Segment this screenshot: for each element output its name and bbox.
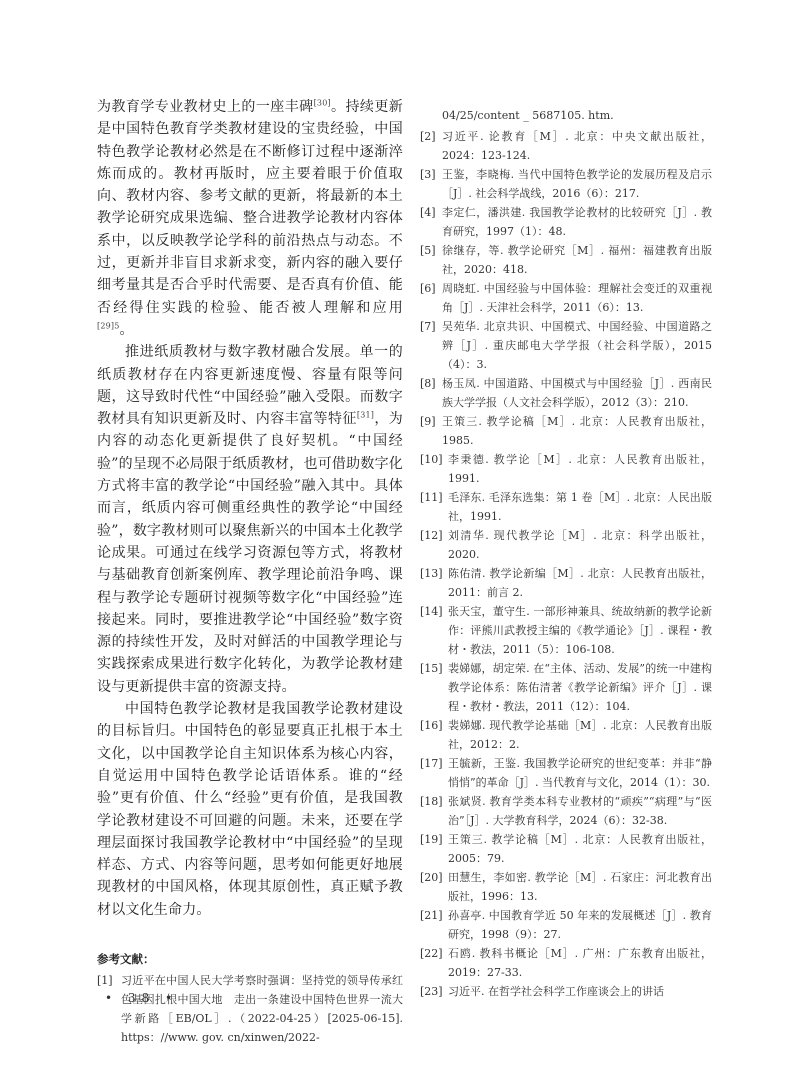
reference-item: [10]李秉德. 教学论［M］. 北京：人民教育出版社，1991. — [420, 450, 712, 488]
reference-text: 周晓虹. 中国经验与中国体验：理解社会变迁的双重视角［J］. 天津社会科学，20… — [442, 282, 712, 314]
reference-item: [8]杨玉凤. 中国道路、中国模式与中国经验［J］. 西南民族大学学报（人文社会… — [420, 374, 712, 412]
reference-item: [17]王毓新，王鉴. 我国教学论研究的世纪变革：并非“静悄悄”的革命［J］. … — [420, 754, 712, 792]
left-column: 为教育学专业教材史上的一座丰碑[30]。持续更新是中国特色教育学类教材建设的宝贵… — [97, 96, 403, 1047]
reference-number: [8] — [420, 374, 436, 393]
reference-number: [19] — [420, 830, 443, 849]
paragraph-text: ，为内容的动态化更新提供了良好契机。“中国经验”的呈现不必局限于纸质教材，也可借… — [97, 411, 403, 695]
reference-text: 杨玉凤. 中国道路、中国模式与中国经验［J］. 西南民族大学学报（人文社会科学版… — [442, 377, 712, 409]
paragraph-text: 中国特色教学论教材是我国教学论教材建设的目标旨归。中国特色的彰显要真正扎根于本土… — [97, 701, 403, 918]
reference-item: [11]毛泽东. 毛泽东选集：第 1 卷［M］. 北京：人民出版社，1991. — [420, 488, 712, 526]
reference-text: 孙喜亭. 中国教育学近 50 年来的发展概述［J］. 教育研究，1998（9）：… — [448, 909, 712, 941]
reference-item: [14]张天宝，董守生. 一部形神兼具、统故纳新的教学论新作：评熊川武教授主编的… — [420, 602, 712, 659]
reference-item: [6]周晓虹. 中国经验与中国体验：理解社会变迁的双重视角［J］. 天津社会科学… — [420, 279, 712, 317]
reference-number: [23] — [420, 982, 443, 1001]
reference-text: 李定仁，潘洪建. 我国教学论教材的比较研究［J］. 教育研究，1997（1）：4… — [442, 206, 712, 238]
reference-item: [16]裴娣娜. 现代教学论基础［M］. 北京：人民教育出版社，2012：2. — [420, 716, 712, 754]
reference-text: 王策三. 教学论稿［M］. 北京：人民教育出版社，2005：79. — [448, 833, 712, 865]
reference-text: 裴娣娜. 现代教学论基础［M］. 北京：人民教育出版社，2012：2. — [448, 719, 712, 751]
reference-text: 陈佑清. 教学论新编［M］. 北京：人民教育出版社，2011：前言 2. — [448, 567, 712, 599]
reference-text: 习近平. 在哲学社会科学工作座谈会上的讲话 — [448, 985, 664, 998]
reference-item: [19]王策三. 教学论稿［M］. 北京：人民教育出版社，2005：79. — [420, 830, 712, 868]
references-heading: 参考文献： — [97, 951, 403, 967]
reference-number: [9] — [420, 412, 436, 431]
reference-number: [6] — [420, 279, 436, 298]
reference-text: 习近平在中国人民大学考察时强调：坚持党的领导传承红色基因扎根中国大地 走出一条建… — [121, 974, 403, 1044]
reference-item: [22]石鸥. 教科书概论［M］. 广州：广东教育出版社，2019：27-33. — [420, 944, 712, 982]
reference-item: [1]习近平在中国人民大学考察时强调：坚持党的领导传承红色基因扎根中国大地 走出… — [97, 971, 403, 1047]
reference-item: [5]徐继存，等. 教学论研究［M］. 福州：福建教育出版社，2020：418. — [420, 241, 712, 279]
reference-number: [1] — [97, 971, 113, 990]
reference-text: 习近平. 论教育［M］. 北京：中央文献出版社，2024：123-124. — [442, 130, 712, 162]
body-paragraph-3: 中国特色教学论教材是我国教学论教材建设的目标旨归。中国特色的彰显要真正扎根于本土… — [97, 698, 403, 921]
reference-number: [10] — [420, 450, 443, 469]
reference-list: [2]习近平. 论教育［M］. 北京：中央文献出版社，2024：123-124.… — [420, 127, 712, 1001]
reference-text: 王毓新，王鉴. 我国教学论研究的世纪变革：并非“静悄悄”的革命［J］. 当代教育… — [448, 757, 712, 789]
reference-number: [16] — [420, 716, 443, 735]
reference-item: [4]李定仁，潘洪建. 我国教学论教材的比较研究［J］. 教育研究，1997（1… — [420, 203, 712, 241]
reference-item: [15]裴娣娜，胡定荣. 在“主体、活动、发展”的统一中建构教学论体系：陈佑清著… — [420, 659, 712, 716]
page-number: • 38 • — [105, 991, 178, 1005]
reference-number: [3] — [420, 165, 436, 184]
reference-text: 吴苑华. 北京共识、中国模式、中国经验、中国道路之辨［J］. 重庆邮电大学学报（… — [442, 320, 712, 371]
reference-number: [18] — [420, 792, 443, 811]
reference-item: [7]吴苑华. 北京共识、中国模式、中国经验、中国道路之辨［J］. 重庆邮电大学… — [420, 317, 712, 374]
reference-item: [2]习近平. 论教育［M］. 北京：中央文献出版社，2024：123-124. — [420, 127, 712, 165]
paragraph-text: 为教育学专业教材史上的一座丰碑 — [97, 99, 314, 115]
paragraph-text: 。 — [120, 322, 134, 338]
reference-text: 毛泽东. 毛泽东选集：第 1 卷［M］. 北京：人民出版社，1991. — [448, 491, 712, 523]
body-paragraph-1: 为教育学专业教材史上的一座丰碑[30]。持续更新是中国特色教育学类教材建设的宝贵… — [97, 96, 403, 341]
reference-item: [23]习近平. 在哲学社会科学工作座谈会上的讲话 — [420, 982, 712, 1001]
reference-number: [17] — [420, 754, 443, 773]
reference-text: 王策三. 教学论稿［M］. 北京：人民教育出版社，1985. — [442, 415, 712, 447]
reference-item: [12]刘清华. 现代教学论［M］. 北京：科学出版社，2020. — [420, 526, 712, 564]
body-paragraph-2: 推进纸质教材与数字教材融合发展。单一的纸质教材存在内容更新速度慢、容量有限等问题… — [97, 341, 403, 698]
reference-text: 田慧生，李如密. 教学论［M］. 石家庄：河北教育出版社，1996：13. — [448, 871, 712, 903]
reference-text: 石鸥. 教科书概论［M］. 广州：广东教育出版社，2019：27-33. — [448, 947, 712, 979]
reference-number: [7] — [420, 317, 436, 336]
reference-number: [2] — [420, 127, 436, 146]
reference-text: 王鉴，李晓梅. 当代中国特色教学论的发展历程及启示［J］. 社会科学战线，201… — [442, 168, 712, 200]
reference-item: [18]张斌贤. 教育学类本科专业教材的“顽疾”“病理”与“医治”［J］. 大学… — [420, 792, 712, 830]
reference-text: 04/25/content _ 5687105. htm. — [442, 109, 614, 122]
reference-item: [13]陈佑清. 教学论新编［M］. 北京：人民教育出版社，2011：前言 2. — [420, 564, 712, 602]
reference-number: [12] — [420, 526, 443, 545]
reference-number: [22] — [420, 944, 443, 963]
reference-number: [21] — [420, 906, 443, 925]
reference-text: 张天宝，董守生. 一部形神兼具、统故纳新的教学论新作：评熊川武教授主编的《教学通… — [448, 605, 712, 656]
reference-item: [3]王鉴，李晓梅. 当代中国特色教学论的发展历程及启示［J］. 社会科学战线，… — [420, 165, 712, 203]
reference-item: [20]田慧生，李如密. 教学论［M］. 石家庄：河北教育出版社，1996：13… — [420, 868, 712, 906]
reference-text: 李秉德. 教学论［M］. 北京：人民教育出版社，1991. — [448, 453, 712, 485]
reference-text: 裴娣娜，胡定荣. 在“主体、活动、发展”的统一中建构教学论体系：陈佑清著《教学论… — [448, 662, 712, 713]
reference-text: 张斌贤. 教育学类本科专业教材的“顽疾”“病理”与“医治”［J］. 大学教育科学… — [448, 795, 712, 827]
reference-continuation: 04/25/content _ 5687105. htm. — [420, 106, 712, 125]
right-column: 04/25/content _ 5687105. htm. [2]习近平. 论教… — [420, 106, 712, 1001]
reference-item: [21]孙喜亭. 中国教育学近 50 年来的发展概述［J］. 教育研究，1998… — [420, 906, 712, 944]
reference-number: [5] — [420, 241, 436, 260]
reference-number: [14] — [420, 602, 443, 621]
reference-item: [9]王策三. 教学论稿［M］. 北京：人民教育出版社，1985. — [420, 412, 712, 450]
reference-text: 徐继存，等. 教学论研究［M］. 福州：福建教育出版社，2020：418. — [442, 244, 712, 276]
reference-number: [4] — [420, 203, 436, 222]
citation-marker: [29]5 — [97, 321, 120, 330]
paragraph-text: 。持续更新是中国特色教育学类教材建设的宝贵经验，中国特色教学论教材必然是在不断修… — [97, 99, 403, 316]
reference-number: [11] — [420, 488, 443, 507]
reference-number: [13] — [420, 564, 443, 583]
citation-marker: [30] — [314, 98, 331, 107]
reference-text: 刘清华. 现代教学论［M］. 北京：科学出版社，2020. — [448, 529, 712, 561]
reference-number: [20] — [420, 868, 443, 887]
reference-number: [15] — [420, 659, 443, 678]
citation-marker: [31] — [357, 411, 374, 420]
